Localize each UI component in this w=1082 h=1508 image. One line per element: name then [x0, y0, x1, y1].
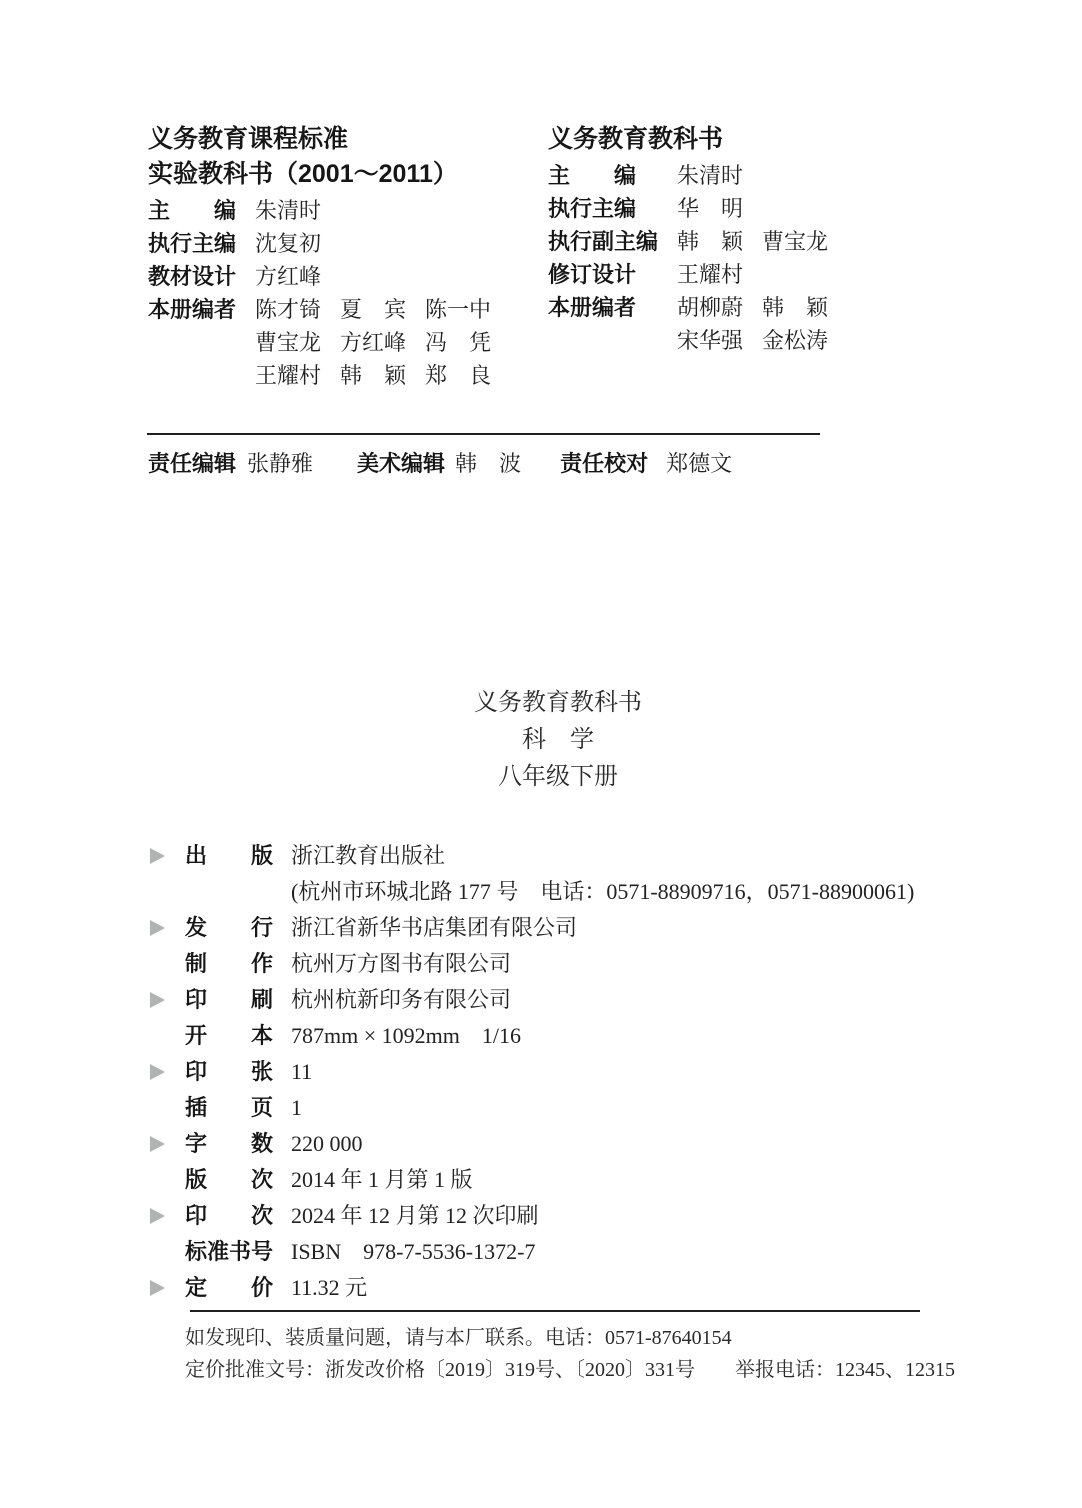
colophon-row-publisher-address: (杭州市环城北路 177 号 电话：0571-88909716，0571-889… [150, 874, 914, 910]
colophon-label: 发 行 [185, 910, 275, 946]
credit-row: 主 编 朱清时 [148, 194, 510, 227]
right-triangle-icon [150, 1028, 185, 1044]
credit-label: 本册编者 [148, 293, 236, 326]
colophon-label: 字 数 [185, 1126, 275, 1162]
colophon-row-printing: 印 次 2024 年 12 月第 12 次印刷 [150, 1198, 914, 1234]
credit-row: 宋华强 金松涛 [548, 324, 847, 357]
right-triangle-icon [150, 1280, 185, 1296]
credit-row: 执行副主编 韩 颖 曹宝龙 [548, 225, 847, 258]
credit-name: 陈才锜 [255, 293, 321, 326]
colophon-row-format: 开 本 787mm × 1092mm 1/16 [150, 1018, 914, 1054]
colophon-value: 11 [291, 1054, 312, 1090]
right-triangle-icon [150, 1244, 185, 1260]
credit-name: 韩 颖 [340, 359, 406, 392]
credit-row: 王耀村 韩 颖 郑 良 [148, 359, 510, 392]
credit-name: 方红峰 [340, 326, 406, 359]
credit-name: 王耀村 [255, 359, 321, 392]
book-title-block: 义务教育教科书 科 学 八年级下册 [34, 685, 1082, 796]
credit-row: 执行主编 华 明 [548, 192, 847, 225]
book-series-title: 义务教育教科书 [34, 685, 1082, 722]
colophon-value: 杭州万方图书有限公司 [291, 946, 511, 982]
credit-name: 朱清时 [255, 194, 321, 227]
credit-name: 曹宝龙 [255, 326, 321, 359]
credit-row: 教材设计 方红峰 [148, 260, 510, 293]
credit-name: 金松涛 [762, 324, 828, 357]
footer-divider-rule [190, 1310, 920, 1312]
colophon-value: (杭州市环城北路 177 号 电话：0571-88909716，0571-889… [291, 874, 914, 910]
colophon-label: 插 页 [185, 1090, 275, 1126]
credit-row: 主 编 朱清时 [548, 159, 847, 192]
credit-label [148, 359, 236, 392]
credit-row: 执行主编 沈复初 [148, 227, 510, 260]
price-approval-note: 定价批准文号：浙发改价格〔2019〕319号、〔2020〕331号 举报电话：1… [185, 1354, 955, 1386]
credit-name: 夏 宾 [340, 293, 406, 326]
colophon-row-edition: 版 次 2014 年 1 月第 1 版 [150, 1162, 914, 1198]
credit-name: 冯 凭 [425, 326, 491, 359]
credit-label: 主 编 [548, 159, 658, 192]
colophon-row-price: 定 价 11.32 元 [150, 1270, 914, 1306]
credit-name: 曹宝龙 [762, 225, 828, 258]
credit-label: 教材设计 [148, 260, 236, 293]
footer-notes: 如发现印、装质量问题，请与本厂联系。电话：0571-87640154 定价批准文… [185, 1322, 955, 1386]
colophon-label: 出 版 [185, 838, 275, 874]
standard-edition-title-line1: 义务教育课程标准 [148, 122, 510, 157]
colophon-value: 787mm × 1092mm 1/16 [291, 1018, 521, 1054]
credit-label: 修订设计 [548, 258, 658, 291]
right-triangle-icon [150, 1064, 185, 1080]
credit-label [148, 326, 236, 359]
credit-label: 主 编 [148, 194, 236, 227]
credit-name: 胡柳蔚 [677, 291, 743, 324]
colophon-label: 开 本 [185, 1018, 275, 1054]
right-triangle-icon [150, 992, 185, 1008]
credit-label: 执行主编 [548, 192, 658, 225]
right-triangle-icon [150, 1136, 185, 1152]
art-editor-name: 韩 波 [455, 449, 521, 479]
current-edition-credits: 主 编 朱清时 执行主编 华 明 执行副主编 韩 颖 曹宝龙 修订设计 王耀村 … [548, 159, 847, 357]
colophon-value: ISBN 978-7-5536-1372-7 [291, 1234, 535, 1270]
colophon-row-publisher: 出 版 浙江教育出版社 [150, 838, 914, 874]
colophon-value: 220 000 [291, 1126, 363, 1162]
credit-label: 执行副主编 [548, 225, 658, 258]
colophon-row-sheets: 印 张 11 [150, 1054, 914, 1090]
credit-name: 韩 颖 [762, 291, 828, 324]
colophon-value: 1 [291, 1090, 302, 1126]
credit-label: 本册编者 [548, 291, 658, 324]
colophon-value: 杭州杭新印务有限公司 [291, 982, 511, 1018]
credit-label: 执行主编 [148, 227, 236, 260]
colophon-label: 印 张 [185, 1054, 275, 1090]
right-triangle-icon [150, 1100, 185, 1116]
credit-name: 陈一中 [425, 293, 491, 326]
colophon-value: 浙江教育出版社 [291, 838, 445, 874]
colophon-row-distributor: 发 行 浙江省新华书店集团有限公司 [150, 910, 914, 946]
credit-name: 华 明 [677, 192, 743, 225]
credit-name: 韩 颖 [677, 225, 743, 258]
right-triangle-icon [150, 1208, 185, 1224]
right-triangle-icon [150, 920, 185, 936]
credit-row: 曹宝龙 方红峰 冯 凭 [148, 326, 510, 359]
colophon-label: 定 价 [185, 1270, 275, 1306]
proofreader-name: 郑德文 [666, 449, 732, 479]
standard-edition-block: 义务教育课程标准 实验教科书（2001～2011） 主 编 朱清时 执行主编 沈… [148, 122, 510, 392]
credit-name: 朱清时 [677, 159, 743, 192]
right-triangle-icon [150, 848, 185, 864]
credit-name: 方红峰 [255, 260, 321, 293]
colophon-list: 出 版 浙江教育出版社 (杭州市环城北路 177 号 电话：0571-88909… [150, 838, 914, 1306]
staff-row: 责任编辑 张静雅 美术编辑 韩 波 责任校对 郑德文 [148, 449, 732, 479]
book-subject-title: 科 学 [34, 722, 1082, 759]
responsible-editor-label: 责任编辑 [148, 449, 236, 479]
colophon-label: 标准书号 [185, 1234, 275, 1270]
current-edition-title: 义务教育教科书 [548, 122, 847, 157]
book-grade-title: 八年级下册 [34, 759, 1082, 796]
staff-divider-rule [147, 433, 820, 435]
colophon-row-wordcount: 字 数 220 000 [150, 1126, 914, 1162]
credit-row: 本册编者 胡柳蔚 韩 颖 [548, 291, 847, 324]
credit-name: 王耀村 [677, 258, 743, 291]
credit-row: 本册编者 陈才锜 夏 宾 陈一中 [148, 293, 510, 326]
current-edition-block: 义务教育教科书 主 编 朱清时 执行主编 华 明 执行副主编 韩 颖 曹宝龙 修… [548, 122, 847, 357]
right-triangle-icon [150, 1172, 185, 1188]
right-triangle-icon [150, 956, 185, 972]
colophon-row-printer: 印 刷 杭州杭新印务有限公司 [150, 982, 914, 1018]
credit-label [548, 324, 658, 357]
colophon-row-isbn: 标准书号 ISBN 978-7-5536-1372-7 [150, 1234, 914, 1270]
colophon-row-inserts: 插 页 1 [150, 1090, 914, 1126]
colophon-label: 版 次 [185, 1162, 275, 1198]
colophon-row-production: 制 作 杭州万方图书有限公司 [150, 946, 914, 982]
colophon-label: 印 刷 [185, 982, 275, 1018]
credit-row: 修订设计 王耀村 [548, 258, 847, 291]
colophon-value: 浙江省新华书店集团有限公司 [291, 910, 577, 946]
standard-edition-title-line2: 实验教科书（2001～2011） [148, 157, 510, 192]
credit-name: 郑 良 [425, 359, 491, 392]
colophon-page: 义务教育课程标准 实验教科书（2001～2011） 主 编 朱清时 执行主编 沈… [0, 0, 1082, 1508]
credit-name: 宋华强 [677, 324, 743, 357]
colophon-label: 印 次 [185, 1198, 275, 1234]
colophon-label: 制 作 [185, 946, 275, 982]
quality-contact-note: 如发现印、装质量问题，请与本厂联系。电话：0571-87640154 [185, 1322, 955, 1354]
colophon-value: 2024 年 12 月第 12 次印刷 [291, 1198, 539, 1234]
art-editor-label: 美术编辑 [357, 449, 445, 479]
standard-edition-credits: 主 编 朱清时 执行主编 沈复初 教材设计 方红峰 本册编者 陈才锜 夏 宾 陈… [148, 194, 510, 392]
responsible-editor-name: 张静雅 [247, 449, 313, 479]
proofreader-label: 责任校对 [560, 449, 648, 479]
right-triangle-icon [150, 884, 185, 900]
credit-name: 沈复初 [255, 227, 321, 260]
colophon-value: 11.32 元 [291, 1270, 367, 1306]
colophon-value: 2014 年 1 月第 1 版 [291, 1162, 473, 1198]
